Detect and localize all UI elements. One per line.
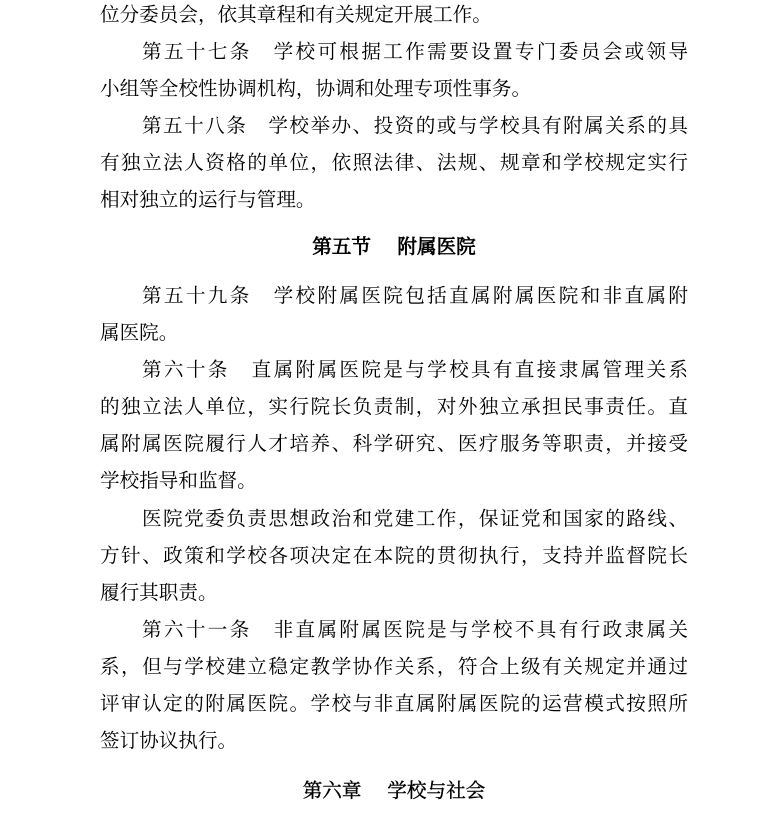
paragraph-line: 签订协议执行。 xyxy=(100,729,237,753)
paragraph-line: 履行其职责。 xyxy=(100,581,218,605)
article-61-line: 第六十一条 非直属附属医院是与学校不具有行政隶属关 xyxy=(142,618,688,642)
paragraph-line: 相对独立的运行与管理。 xyxy=(100,188,316,212)
paragraph-line: 有独立法人资格的单位，依照法律、法规、规章和学校规定实行 xyxy=(100,151,688,175)
article-59-line: 第五十九条 学校附属医院包括直属附属医院和非直属附 xyxy=(142,284,688,308)
article-58-line: 第五十八条 学校举办、投资的或与学校具有附属关系的具 xyxy=(142,114,688,138)
paragraph-line: 学校指导和监督。 xyxy=(100,469,257,493)
paragraph-line: 方针、政策和学校各项决定在本院的贯彻执行，支持并监督院长 xyxy=(100,544,688,568)
paragraph-line: 属医院。 xyxy=(100,321,178,345)
paragraph-line: 评审认定的附属医院。学校与非直属附属医院的运营模式按照所 xyxy=(100,692,688,716)
section-heading: 第五节 附属医院 xyxy=(100,235,688,259)
chapter-heading: 第六章 学校与社会 xyxy=(100,779,688,803)
paragraph-line: 系，但与学校建立稳定教学协作关系，符合上级有关规定并通过 xyxy=(100,655,688,679)
article-60-line: 第六十条 直属附属医院是与学校具有直接隶属管理关系 xyxy=(142,358,688,382)
paragraph-line: 小组等全校性协调机构，协调和处理专项性事务。 xyxy=(100,77,531,101)
paragraph-line: 医院党委负责思想政治和党建工作，保证党和国家的路线、 xyxy=(142,507,688,531)
article-57-line: 第五十七条 学校可根据工作需要设置专门委员会或领导 xyxy=(142,40,688,64)
paragraph-line: 位分委员会，依其章程和有关规定开展工作。 xyxy=(100,3,492,27)
paragraph-line: 属附属医院履行人才培养、科学研究、医疗服务等职责，并接受 xyxy=(100,432,688,456)
paragraph-line: 的独立法人单位，实行院长负责制，对外独立承担民事责任。直 xyxy=(100,395,688,419)
